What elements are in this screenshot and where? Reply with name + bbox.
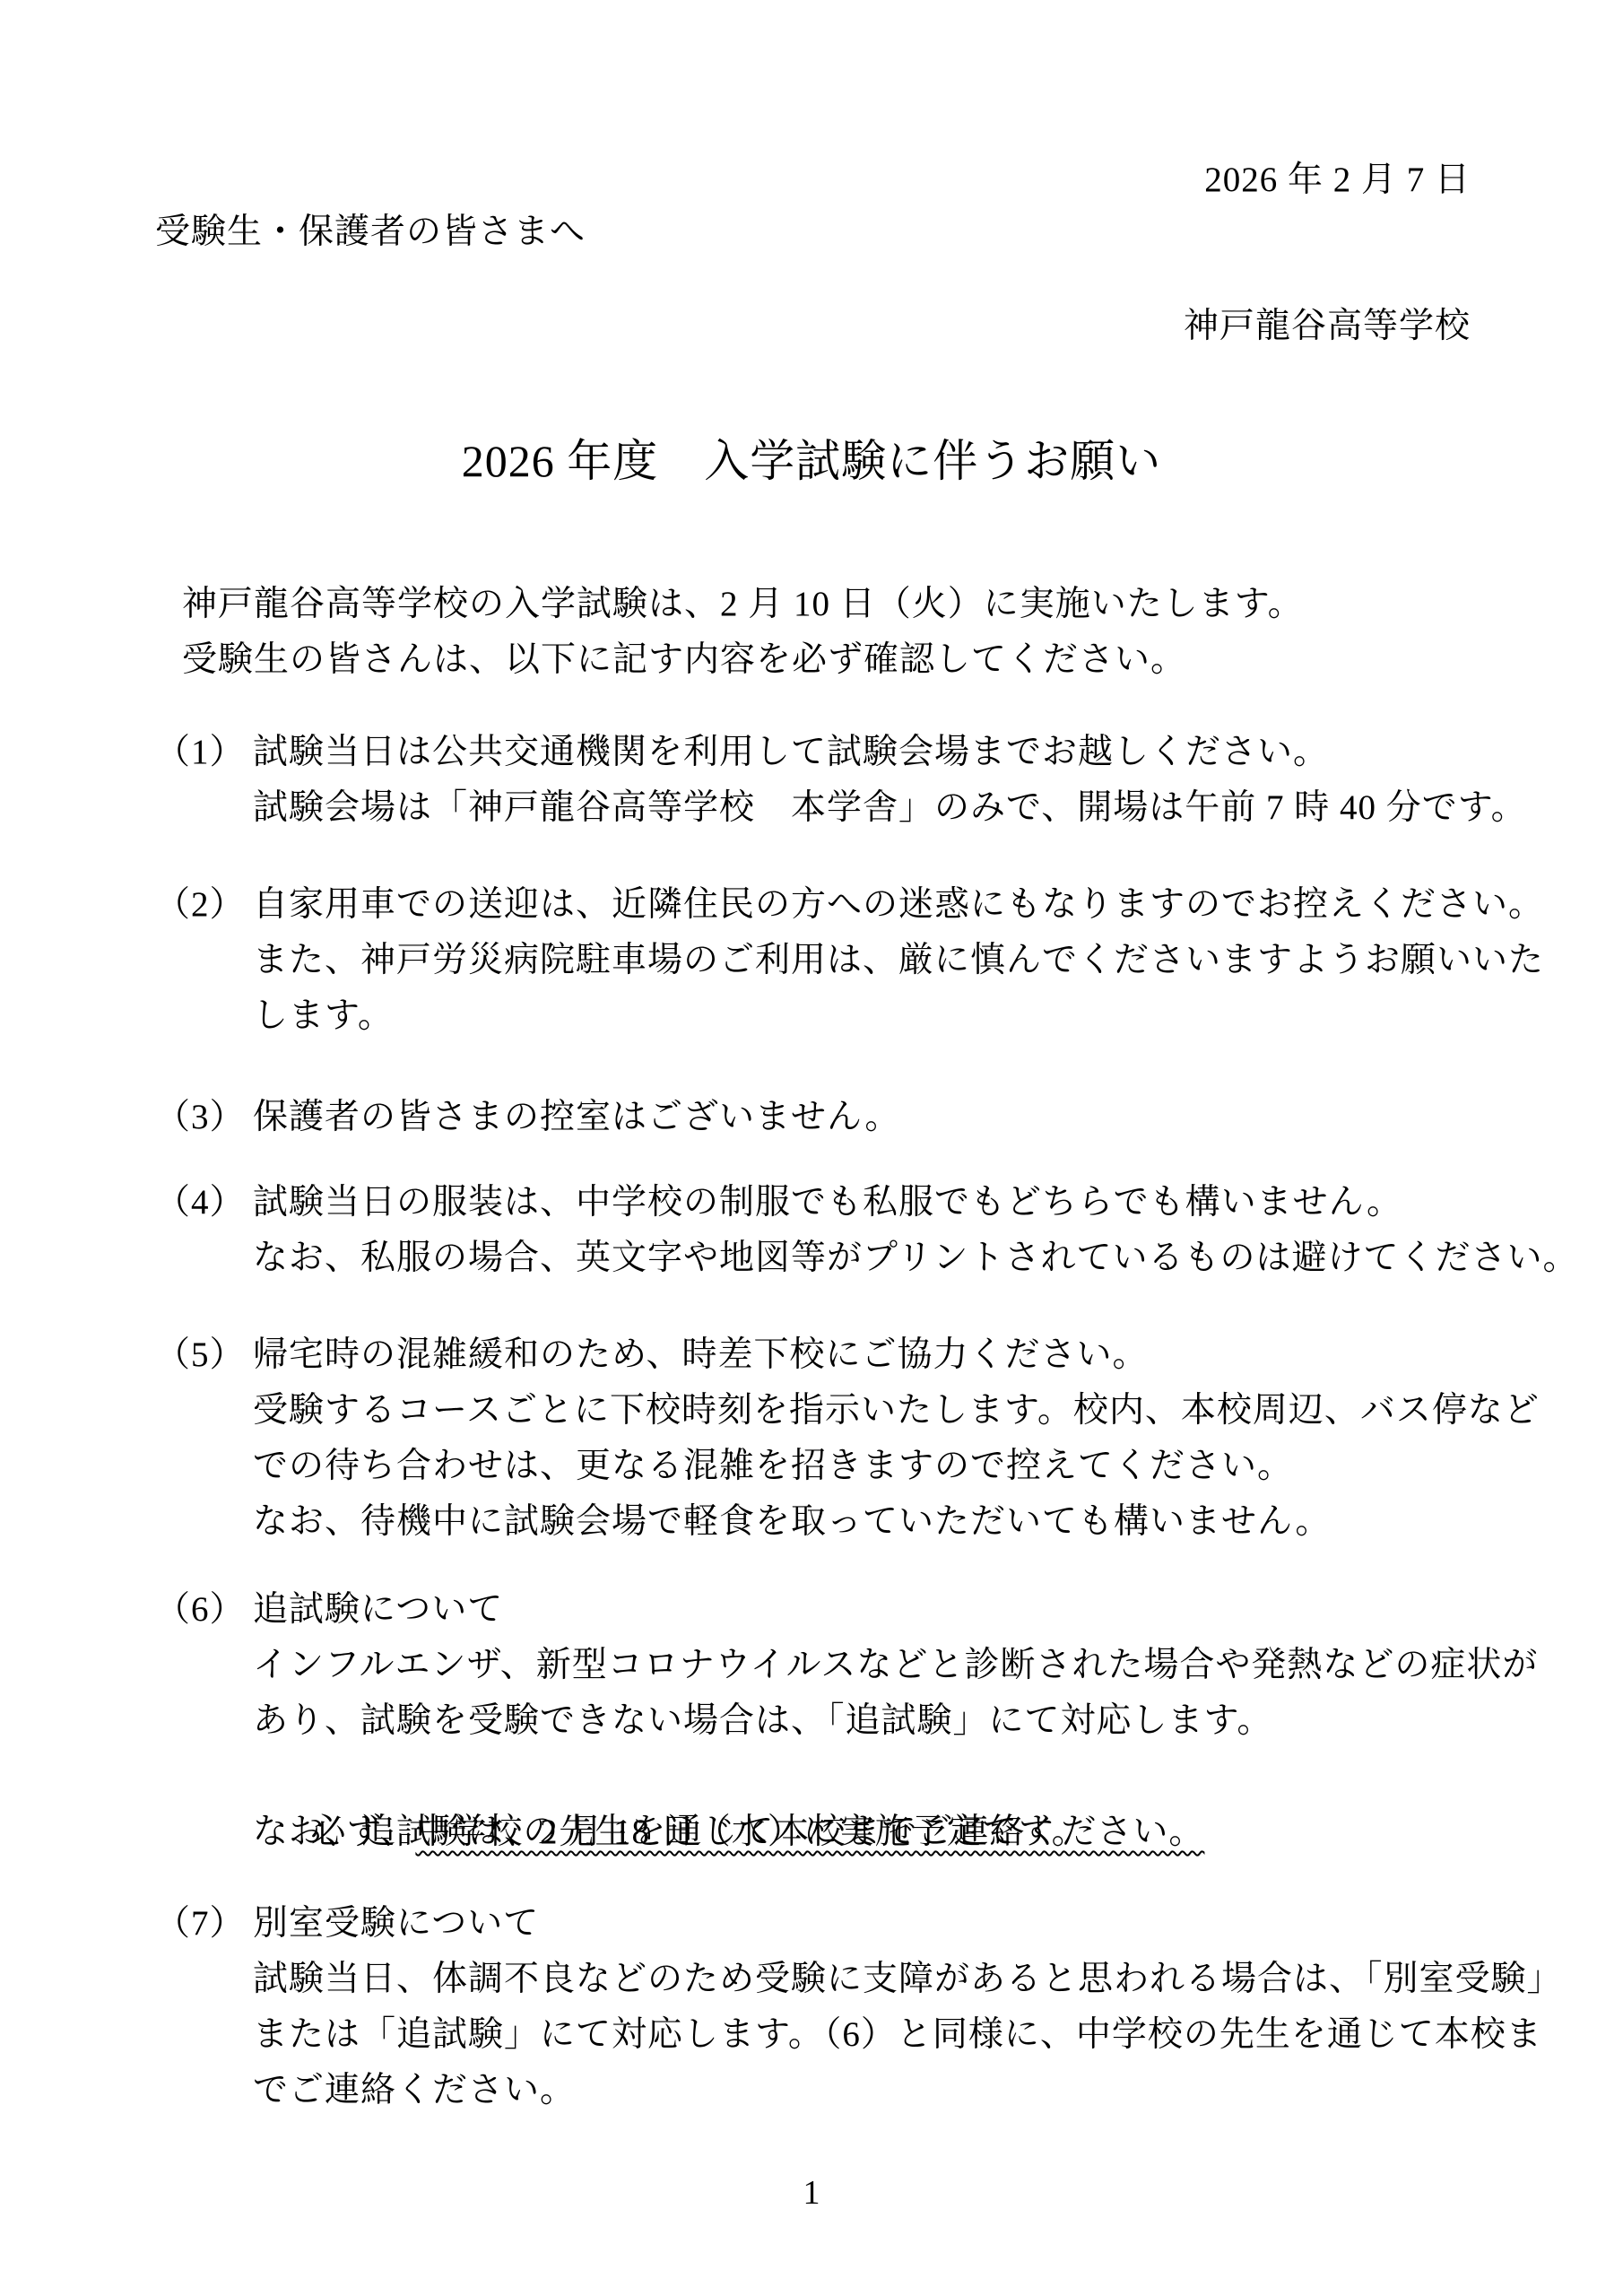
- item-line: または「追試験」にて対応します。（6）と同様に、中学校の先生を通じて本校ま: [155, 2007, 1471, 2063]
- item-line: します。: [155, 988, 1471, 1044]
- item-4: （4） 試験当日の服装は、中学校の制服でも私服でもどちらでも構いません。 なお、…: [155, 1175, 1471, 1286]
- item-line: 保護者の皆さまの控室はございません。: [253, 1090, 900, 1145]
- item-7: （7） 別室受験について 試験当日、体調不良などのため受験に支障があると思われる…: [155, 1896, 1471, 2118]
- document-page: 2026 年 2 月 7 日 受験生・保護者の皆さまへ 神戸龍谷高等学校 202…: [0, 0, 1623, 2296]
- item-3-label: （3）: [155, 1090, 253, 1145]
- item-line: なお、待機中に試験会場で軽食を取っていただいても構いません。: [155, 1494, 1471, 1550]
- item-line: あり、試験を受験できない場合は、「追試験」にて対応します。: [155, 1693, 1471, 1749]
- item-4-label: （4）: [155, 1175, 253, 1231]
- sender-line: 神戸龍谷高等学校: [155, 299, 1471, 354]
- item-line: での待ち合わせは、更なる混雑を招きますので控えてください。: [155, 1439, 1471, 1494]
- item-6: （6） 追試験について インフルエンザ、新型コロナウイルスなどと診断された場合や…: [155, 1582, 1471, 1860]
- item-1-label: （1）: [155, 725, 253, 780]
- item-line-emphasis: 必ず、中学校の先生を通じて本校までご連絡ください。: [155, 1749, 1471, 1805]
- item-line: また、神戸労災病院駐車場のご利用は、厳に慎んでくださいますようお願いいた: [155, 933, 1471, 988]
- item-line: なお、私服の場合、英文字や地図等がプリントされているものは避けてください。: [155, 1231, 1471, 1286]
- item-2: （2） 自家用車での送迎は、近隣住民の方への迷惑にもなりますのでお控えください。…: [155, 877, 1471, 1044]
- intro-line: 受験生の皆さんは、以下に記す内容を必ず確認してください。: [155, 632, 1471, 688]
- intro-paragraph: 神戸龍谷高等学校の入学試験は、2 月 10 日（火）に実施いたします。 受験生の…: [155, 577, 1471, 688]
- item-7-label: （7）: [155, 1896, 253, 1952]
- item-6-label: （6）: [155, 1582, 253, 1638]
- item-line: インフルエンザ、新型コロナウイルスなどと診断された場合や発熱などの症状が: [155, 1638, 1471, 1693]
- item-line: 試験当日の服装は、中学校の制服でも私服でもどちらでも構いません。: [253, 1175, 1402, 1231]
- item-line: 受験するコースごとに下校時刻を指示いたします。校内、本校周辺、バス停など: [155, 1383, 1471, 1439]
- item-1: （1） 試験当日は公共交通機関を利用して試験会場までお越しください。 試験会場は…: [155, 725, 1471, 836]
- document-title: 2026 年度 入学試験に伴うお願い: [0, 433, 1623, 489]
- recipient-line: 受験生・保護者の皆さまへ: [155, 204, 1471, 260]
- intro-line: 神戸龍谷高等学校の入学試験は、2 月 10 日（火）に実施いたします。: [155, 577, 1471, 632]
- page-number: 1: [0, 2170, 1623, 2215]
- item-line: なお、追試験は、2 月 18 日（水）に実施予定です。: [155, 1805, 1471, 1860]
- date-line: 2026 年 2 月 7 日: [155, 152, 1471, 208]
- item-line: 追試験について: [253, 1582, 503, 1638]
- item-2-label: （2）: [155, 877, 253, 933]
- item-line: 試験当日は公共交通機関を利用して試験会場までお越しください。: [253, 725, 1329, 780]
- item-3: （3） 保護者の皆さまの控室はございません。: [155, 1090, 1471, 1145]
- item-line: 自家用車での送迎は、近隣住民の方への迷惑にもなりますのでお控えください。: [253, 877, 1544, 933]
- item-line: でご連絡ください。: [155, 2063, 1471, 2118]
- item-line: 試験会場は「神戸龍谷高等学校 本学舎」のみで、開場は午前 7 時 40 分です。: [155, 780, 1471, 836]
- item-5-label: （5）: [155, 1327, 253, 1383]
- item-line: 別室受験について: [253, 1896, 539, 1952]
- item-5: （5） 帰宅時の混雑緩和のため、時差下校にご協力ください。 受験するコースごとに…: [155, 1327, 1471, 1550]
- item-line: 帰宅時の混雑緩和のため、時差下校にご協力ください。: [253, 1327, 1148, 1383]
- item-line: 試験当日、体調不良などのため受験に支障があると思われる場合は、「別室受験」: [155, 1952, 1471, 2007]
